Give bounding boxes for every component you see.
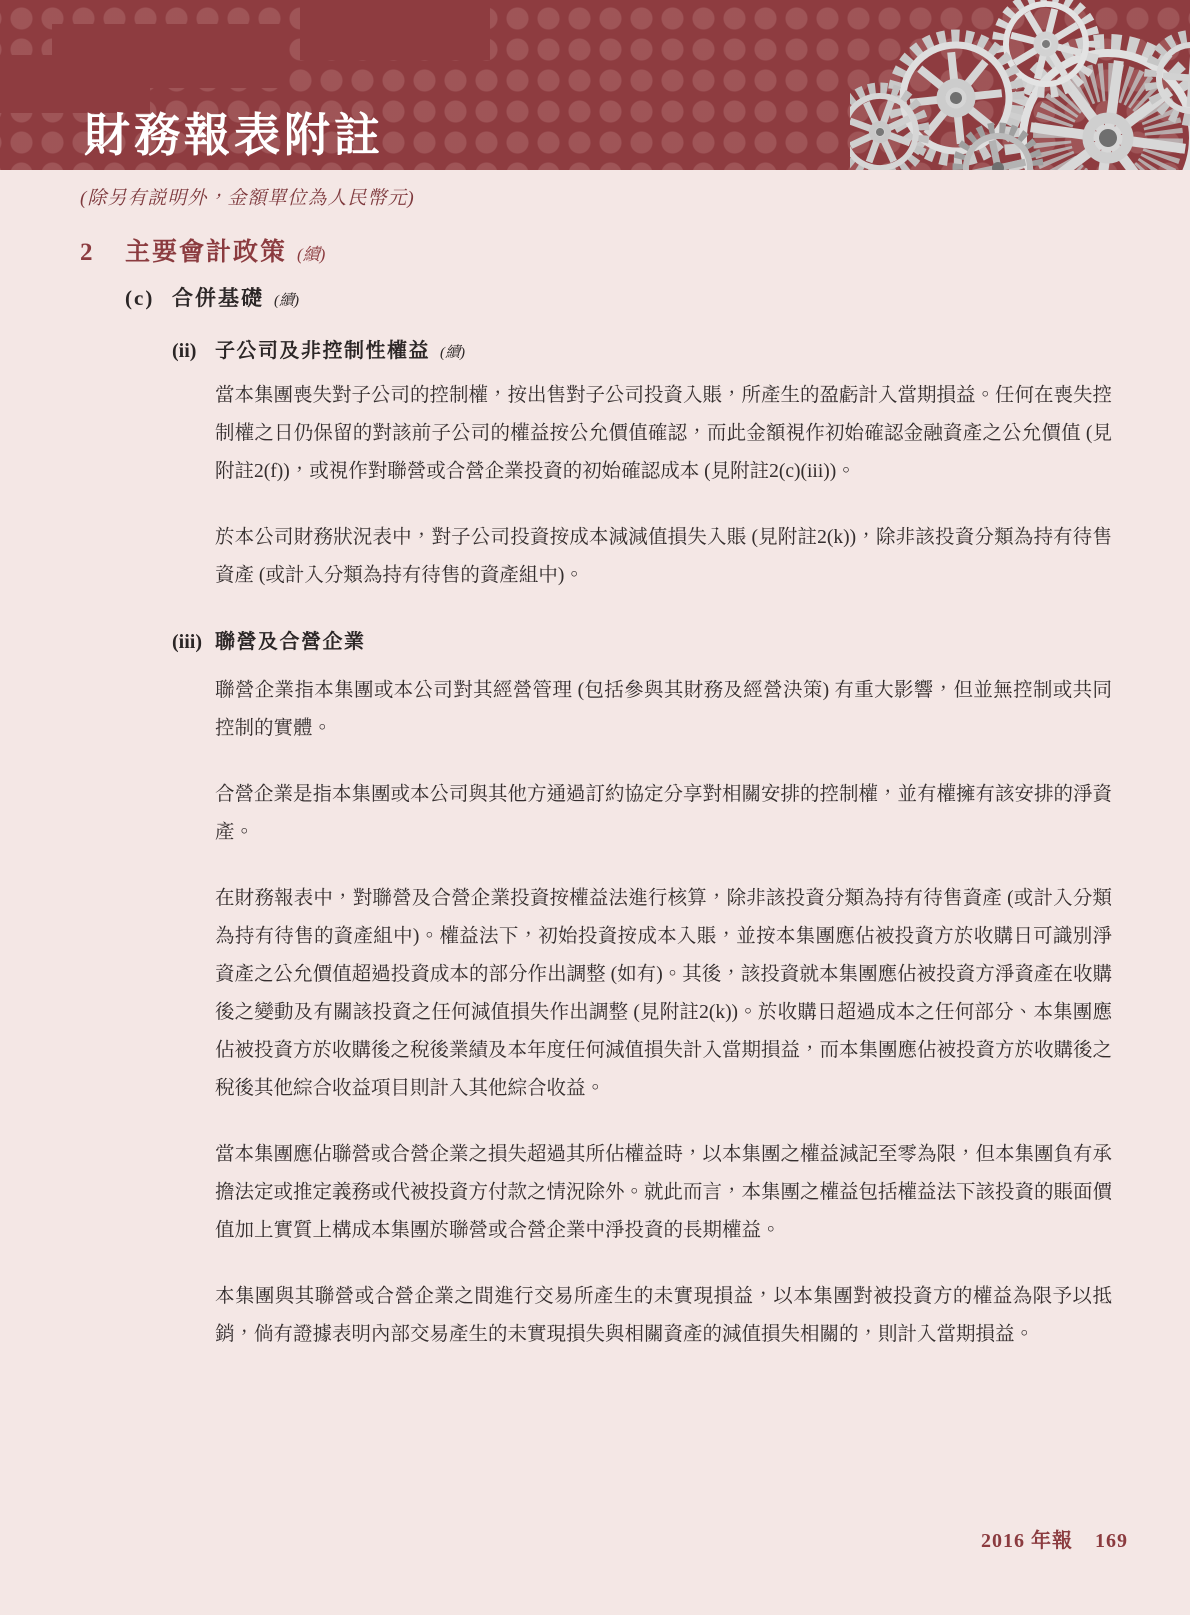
- gears-image: [850, 0, 1190, 170]
- page-title: 財務報表附註: [84, 111, 384, 162]
- body-paragraph: 當本集團應佔聯營或合營企業之損失超過其所佔權益時，以本集團之權益減記至零為限，但…: [215, 1136, 1112, 1250]
- footer-year-label: 2016 年報: [981, 1530, 1073, 1552]
- subsection-c-title: 合併基礎: [172, 286, 264, 310]
- currency-unit-note: (除另有説明外，金額單位為人民幣元): [80, 183, 1190, 210]
- body-paragraph: 本集團與其聯營或合營企業之間進行交易所產生的未實現損益，以本集團對被投資方的權益…: [215, 1278, 1112, 1354]
- body-paragraph: 當本集團喪失對子公司的控制權，按出售對子公司投資入賬，所產生的盈虧計入當期損益。…: [215, 377, 1112, 491]
- section-2-heading: 2主要會計政策(續): [80, 232, 1112, 268]
- subsection-c-heading: (c)合併基礎(續): [125, 282, 1112, 312]
- subsection-ii-continued-label: (續): [440, 345, 465, 361]
- footer-page-number: 169: [1095, 1530, 1128, 1552]
- page-footer: 2016 年報169: [981, 1524, 1128, 1553]
- body-paragraph: 合營企業是指本集團或本公司與其他方通過訂約協定分享對相關安排的控制權，並有權擁有…: [215, 776, 1112, 852]
- section-number: 2: [80, 239, 125, 267]
- body-paragraph: 於本公司財務狀況表中，對子公司投資按成本減減值損失入賬 (見附註2(k))，除非…: [215, 519, 1112, 595]
- subsection-c-continued-label: (續): [274, 293, 299, 309]
- subsection-ii-heading: (ii)子公司及非控制性權益(續): [172, 334, 1112, 363]
- subsection-iii-label: (iii): [172, 631, 215, 654]
- notes-content: 2主要會計政策(續) (c)合併基礎(續) (ii)子公司及非控制性權益(續) …: [0, 232, 1190, 1354]
- subsection-ii-body: 當本集團喪失對子公司的控制權，按出售對子公司投資入賬，所產生的盈虧計入當期損益。…: [215, 377, 1112, 595]
- body-paragraph: 聯營企業指本集團或本公司對其經營管理 (包括參與其財務及經營決策) 有重大影響，…: [215, 672, 1112, 748]
- subsection-c-label: (c): [125, 286, 172, 311]
- subsection-ii-label: (ii): [172, 340, 215, 363]
- subsection-ii-title: 子公司及非控制性權益: [215, 340, 430, 362]
- section-continued-label: (續): [297, 245, 325, 264]
- section-title: 主要會計政策: [125, 239, 287, 266]
- subsection-iii-body: 聯營企業指本集團或本公司對其經營管理 (包括參與其財務及經營決策) 有重大影響，…: [215, 672, 1112, 1354]
- page-header-band: 財務報表附註: [0, 0, 1190, 170]
- subsection-iii-heading: (iii)聯營及合營企業: [172, 625, 1112, 654]
- report-page: 財務報表附註 (除另有説明外，金額單位為人民幣元) 2主要會計政策(續) (c)…: [0, 0, 1190, 1615]
- subsection-iii-title: 聯營及合營企業: [215, 631, 366, 653]
- body-paragraph: 在財務報表中，對聯營及合營企業投資按權益法進行核算，除非該投資分類為持有待售資產…: [215, 880, 1112, 1108]
